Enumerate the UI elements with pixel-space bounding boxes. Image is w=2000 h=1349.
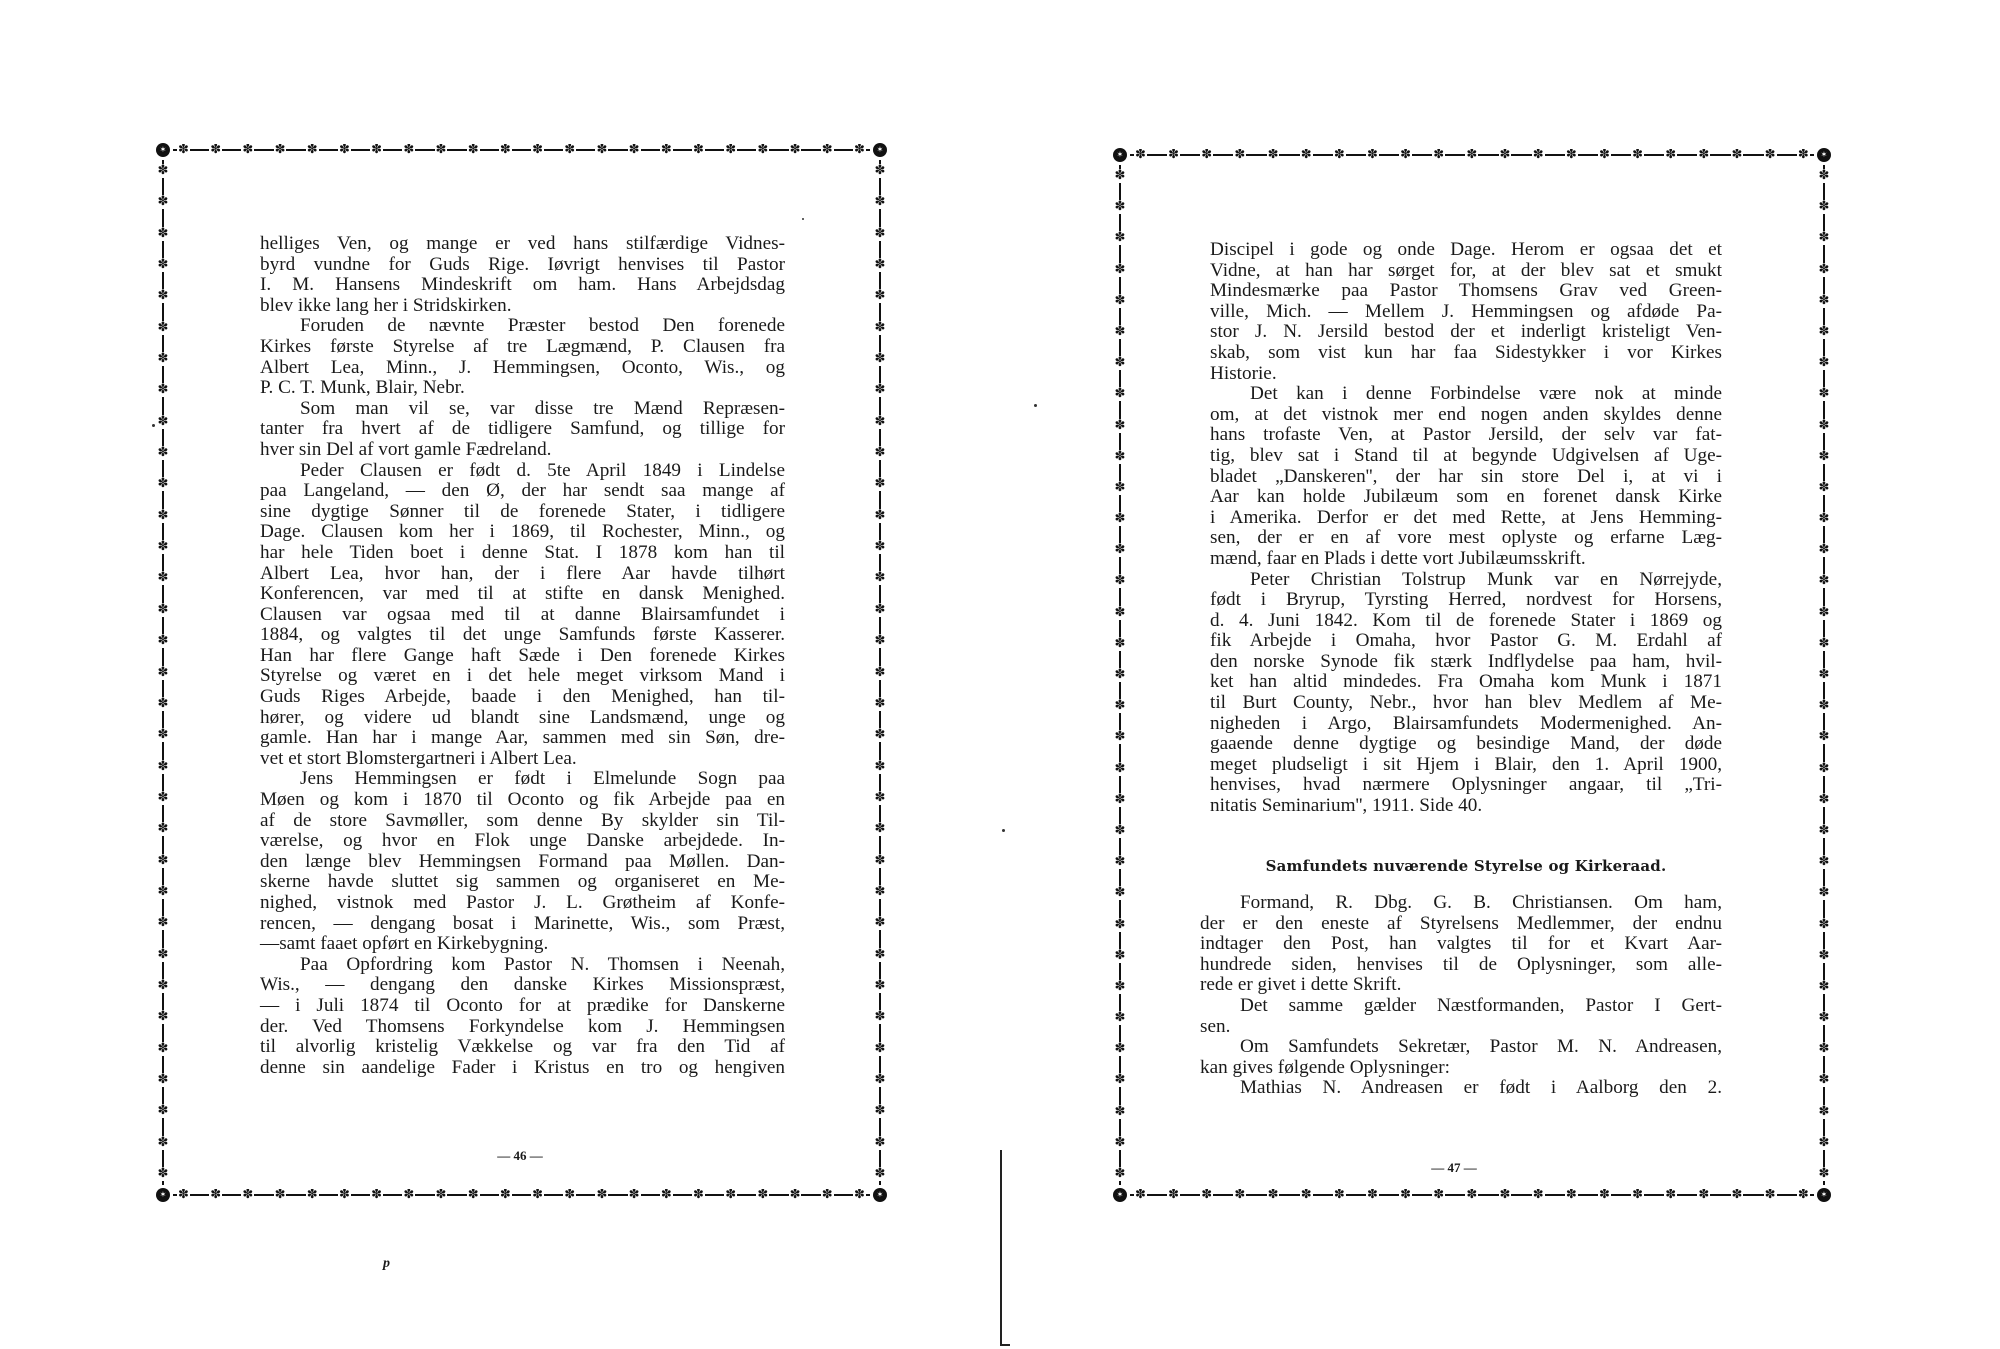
flower-ornament-icon: ✽ — [158, 666, 169, 680]
flower-ornament-icon: ✽ — [1697, 1189, 1710, 1201]
flower-ornament-icon: ✽ — [1115, 481, 1126, 495]
flower-ornament-icon: ✽ — [158, 1073, 169, 1087]
flower-ornament-icon: ✽ — [1200, 1189, 1213, 1201]
flower-ornament-icon: ✽ — [1565, 149, 1578, 161]
flower-ornament-icon: ✽ — [370, 144, 383, 156]
flower-ornament-icon: ✽ — [1115, 762, 1126, 776]
text-line: nigheden i Argo, Blairsamfundets Moderme… — [1210, 714, 1722, 735]
flower-ornament-icon: ✽ — [875, 1167, 886, 1181]
flower-ornament-icon: ✽ — [158, 446, 169, 460]
flower-ornament-icon: ✽ — [435, 1189, 448, 1201]
flower-ornament-icon: ✽ — [1115, 668, 1126, 682]
flower-ornament-icon: ✽ — [1167, 149, 1180, 161]
text-line: helliges Ven, og mange er ved hans stilf… — [260, 234, 785, 255]
flower-ornament-icon: ✽ — [158, 477, 169, 491]
text-line: i Amerika. Derfor er det med Rette, at J… — [1210, 508, 1722, 529]
text-line: Dage. Clausen kom her i 1869, til Roches… — [260, 522, 785, 543]
flower-ornament-icon: ✽ — [821, 1189, 834, 1201]
flower-ornament-icon: ✽ — [789, 1189, 802, 1201]
text-line: Det kan i denne Forbindelse være nok at … — [1210, 384, 1722, 405]
text-line: henvises, hvad nærmere Oplysninger angaa… — [1210, 775, 1722, 796]
flower-ornament-icon: ✽ — [158, 697, 169, 711]
flower-ornament-icon: ✽ — [1115, 1042, 1126, 1056]
flower-ornament-icon: ✽ — [1115, 793, 1126, 807]
flower-ornament-icon: ✽ — [1819, 387, 1830, 401]
flower-ornament-icon: ✽ — [1499, 149, 1512, 161]
flower-ornament-icon: ✽ — [1819, 949, 1830, 963]
flower-ornament-icon: ✽ — [875, 195, 886, 209]
corner-star-icon — [156, 143, 170, 157]
flower-ornament-icon: ✽ — [1115, 1073, 1126, 1087]
flower-ornament-icon: ✽ — [1115, 512, 1126, 526]
text-line: blev ikke lang her i Stridskirken. — [260, 296, 785, 317]
flower-ornament-icon: ✽ — [1731, 1189, 1744, 1201]
flower-ornament-icon: ✽ — [875, 854, 886, 868]
flower-ornament-icon: ✽ — [1115, 294, 1126, 308]
ornamental-border-left: ✽✽✽✽✽✽✽✽✽✽✽✽✽✽✽✽✽✽✽✽✽✽✽✽✽✽✽✽✽✽✽✽✽ — [1114, 155, 1126, 1195]
flower-ornament-icon: ✽ — [1819, 512, 1830, 526]
scan-speck — [802, 218, 804, 220]
flower-ornament-icon: ✽ — [1115, 450, 1126, 464]
flower-ornament-icon: ✽ — [158, 509, 169, 523]
text-line: — i Juli 1874 til Oconto for at prædike … — [260, 996, 785, 1017]
flower-ornament-icon: ✽ — [692, 144, 705, 156]
flower-ornament-icon: ✽ — [1115, 637, 1126, 651]
flower-ornament-icon: ✽ — [158, 540, 169, 554]
ornamental-border-right: ✽✽✽✽✽✽✽✽✽✽✽✽✽✽✽✽✽✽✽✽✽✽✽✽✽✽✽✽✽✽✽✽✽ — [1818, 155, 1830, 1195]
text-line: født i Bryrup, Tyrsting Herred, nordvest… — [1210, 590, 1722, 611]
flower-ornament-icon: ✽ — [853, 144, 866, 156]
flower-ornament-icon: ✽ — [158, 728, 169, 742]
flower-ornament-icon: ✽ — [1819, 294, 1830, 308]
flower-ornament-icon: ✽ — [1465, 1189, 1478, 1201]
flower-ornament-icon: ✽ — [177, 144, 190, 156]
flower-ornament-icon: ✽ — [875, 164, 886, 178]
flower-ornament-icon: ✽ — [875, 383, 886, 397]
text-line: Clausen var ogsaa med til at danne Blair… — [260, 605, 785, 626]
flower-ornament-icon: ✽ — [1115, 980, 1126, 994]
flower-ornament-icon: ✽ — [158, 1042, 169, 1056]
flower-ornament-icon: ✽ — [1115, 886, 1126, 900]
text-line: sen, der er en af vore mest oplyste og e… — [1210, 528, 1722, 549]
flower-ornament-icon: ✽ — [1664, 149, 1677, 161]
flower-ornament-icon: ✽ — [158, 979, 169, 993]
flower-ornament-icon: ✽ — [1819, 1105, 1830, 1119]
flower-ornament-icon: ✽ — [1167, 1189, 1180, 1201]
flower-ornament-icon: ✽ — [875, 697, 886, 711]
flower-ornament-icon: ✽ — [1819, 263, 1830, 277]
flower-ornament-icon: ✽ — [1267, 149, 1280, 161]
flower-ornament-icon: ✽ — [467, 1189, 480, 1201]
flower-ornament-icon: ✽ — [1115, 1136, 1126, 1150]
section-heading: Samfundets nuværende Styrelse og Kirkera… — [1210, 857, 1722, 875]
text-line: den norske Synode fik stærk Indflydelse … — [1210, 652, 1722, 673]
text-line: af de store Savmøller, som denne By skyl… — [260, 811, 785, 832]
flower-ornament-icon: ✽ — [660, 144, 673, 156]
text-line: I. M. Hansens Mindeskrift om ham. Hans A… — [260, 275, 785, 296]
flower-ornament-icon: ✽ — [595, 144, 608, 156]
flower-ornament-icon: ✽ — [1819, 543, 1830, 557]
text-line: stor J. N. Jersild bestod der et inderli… — [1210, 322, 1722, 343]
flower-ornament-icon: ✽ — [1819, 325, 1830, 339]
flower-ornament-icon: ✽ — [1115, 606, 1126, 620]
flower-ornament-icon: ✽ — [875, 603, 886, 617]
text-line: paa Langeland, — den Ø, der har sendt sa… — [260, 481, 785, 502]
text-line: tig, blev sat i Stand til at begynde Udg… — [1210, 446, 1722, 467]
flower-ornament-icon: ✽ — [1819, 574, 1830, 588]
text-line: til Burt County, Nebr., hvor han blev Me… — [1210, 693, 1722, 714]
flower-ornament-icon: ✽ — [1115, 1105, 1126, 1119]
flower-ornament-icon: ✽ — [499, 144, 512, 156]
flower-ornament-icon: ✽ — [1819, 886, 1830, 900]
text-line: der er den eneste af Styrelsens Medlemme… — [1200, 914, 1722, 935]
flower-ornament-icon: ✽ — [1333, 149, 1346, 161]
flower-ornament-icon: ✽ — [875, 666, 886, 680]
flower-ornament-icon: ✽ — [209, 1189, 222, 1201]
flower-ornament-icon: ✽ — [875, 258, 886, 272]
flower-ornament-icon: ✽ — [158, 885, 169, 899]
flower-ornament-icon: ✽ — [1819, 762, 1830, 776]
flower-ornament-icon: ✽ — [158, 195, 169, 209]
flower-ornament-icon: ✽ — [1764, 1189, 1777, 1201]
flower-ornament-icon: ✽ — [1399, 149, 1412, 161]
text-line: Konferencen, var med til at stifte en da… — [260, 584, 785, 605]
flower-ornament-icon: ✽ — [158, 415, 169, 429]
flower-ornament-icon: ✽ — [595, 1189, 608, 1201]
text-line: til alvorlig kristelig Vækkelse og var f… — [260, 1037, 785, 1058]
flower-ornament-icon: ✽ — [241, 144, 254, 156]
flower-ornament-icon: ✽ — [1233, 1189, 1246, 1201]
flower-ornament-icon: ✽ — [1819, 980, 1830, 994]
flower-ornament-icon: ✽ — [1819, 231, 1830, 245]
text-line: Albert Lea, Minn., J. Hemmingsen, Oconto… — [260, 358, 785, 379]
text-line: Peter Christian Tolstrup Munk var en Nør… — [1210, 570, 1722, 591]
flower-ornament-icon: ✽ — [1819, 699, 1830, 713]
text-line: hver sin Del af vort gamle Fædreland. — [260, 440, 785, 461]
flower-ornament-icon: ✽ — [1819, 481, 1830, 495]
flower-ornament-icon: ✽ — [370, 1189, 383, 1201]
flower-ornament-icon: ✽ — [158, 571, 169, 585]
flower-ornament-icon: ✽ — [158, 383, 169, 397]
flower-ornament-icon: ✽ — [1819, 730, 1830, 744]
flower-ornament-icon: ✽ — [875, 916, 886, 930]
text-line: vet et stort Blomstergartneri i Albert L… — [260, 749, 785, 770]
flower-ornament-icon: ✽ — [531, 1189, 544, 1201]
scan-speck — [1002, 829, 1005, 832]
flower-ornament-icon: ✽ — [402, 144, 415, 156]
scan-speck — [152, 424, 155, 427]
text-line: nighed, vistnok med Pastor J. L. Grøthei… — [260, 893, 785, 914]
flower-ornament-icon: ✽ — [875, 509, 886, 523]
text-line: gaaende denne dygtige og besindige Mand,… — [1210, 734, 1722, 755]
flower-ornament-icon: ✽ — [1115, 419, 1126, 433]
flower-ornament-icon: ✽ — [875, 634, 886, 648]
flower-ornament-icon: ✽ — [1115, 574, 1126, 588]
text-line: om, at det vistnok mer end nogen anden s… — [1210, 405, 1722, 426]
flower-ornament-icon: ✽ — [1432, 149, 1445, 161]
text-line: Som man vil se, var disse tre Mænd Repræ… — [260, 399, 785, 420]
flower-ornament-icon: ✽ — [1115, 325, 1126, 339]
text-line: Det samme gælder Næstformanden, Pastor I… — [1200, 996, 1722, 1017]
flower-ornament-icon: ✽ — [875, 352, 886, 366]
text-line: der. Ved Thomsens Forkyndelse kom J. Hem… — [260, 1017, 785, 1038]
flower-ornament-icon: ✽ — [875, 885, 886, 899]
text-line: Peder Clausen er født d. 5te April 1849 … — [260, 461, 785, 482]
flower-ornament-icon: ✽ — [875, 227, 886, 241]
text-line: Aar kan holde Jubilæum som en forenet da… — [1210, 487, 1722, 508]
flower-ornament-icon: ✽ — [1819, 1167, 1830, 1181]
flower-ornament-icon: ✽ — [1819, 855, 1830, 869]
flower-ornament-icon: ✽ — [1819, 918, 1830, 932]
corner-star-icon — [156, 1188, 170, 1202]
text-line: Albert Lea, hvor han, der i flere Aar ha… — [260, 564, 785, 585]
flower-ornament-icon: ✽ — [1115, 169, 1126, 183]
text-line: har hele Tiden boet i denne Stat. I 1878… — [260, 543, 785, 564]
flower-ornament-icon: ✽ — [628, 1189, 641, 1201]
flower-ornament-icon: ✽ — [628, 144, 641, 156]
right-page-body: Discipel i gode og onde Dage. Herom er o… — [1210, 240, 1722, 817]
flower-ornament-icon: ✽ — [563, 1189, 576, 1201]
text-line: fik Arbejde i Omaha, hvor Pastor G. M. E… — [1210, 631, 1722, 652]
text-line: mænd, faar en Plads i dette vort Jubilæu… — [1210, 549, 1722, 570]
flower-ornament-icon: ✽ — [274, 144, 287, 156]
flower-ornament-icon: ✽ — [1631, 1189, 1644, 1201]
flower-ornament-icon: ✽ — [1115, 387, 1126, 401]
page-edge-foot — [1000, 1344, 1010, 1346]
flower-ornament-icon: ✽ — [1115, 263, 1126, 277]
flower-ornament-icon: ✽ — [1200, 149, 1213, 161]
text-line: sen. — [1200, 1017, 1722, 1038]
flower-ornament-icon: ✽ — [692, 1189, 705, 1201]
flower-ornament-icon: ✽ — [158, 822, 169, 836]
flower-ornament-icon: ✽ — [756, 144, 769, 156]
flower-ornament-icon: ✽ — [177, 1189, 190, 1201]
flower-ornament-icon: ✽ — [1115, 231, 1126, 245]
flower-ornament-icon: ✽ — [158, 791, 169, 805]
text-line: Vidne, at han har sørget for, at der ble… — [1210, 261, 1722, 282]
ornamental-border-top: ✽✽✽✽✽✽✽✽✽✽✽✽✽✽✽✽✽✽✽✽✽ — [1120, 149, 1824, 161]
text-line: Wis., — dengang den danske Kirkes Missio… — [260, 975, 785, 996]
flower-ornament-icon: ✽ — [241, 1189, 254, 1201]
flower-ornament-icon: ✽ — [1697, 149, 1710, 161]
text-line: ket han altid mindedes. Fra Omaha kom Mu… — [1210, 672, 1722, 693]
flower-ornament-icon: ✽ — [1465, 149, 1478, 161]
flower-ornament-icon: ✽ — [1819, 1011, 1830, 1025]
flower-ornament-icon: ✽ — [306, 144, 319, 156]
text-line: Jens Hemmingsen er født i Elmelunde Sogn… — [260, 769, 785, 790]
text-line: Discipel i gode og onde Dage. Herom er o… — [1210, 240, 1722, 261]
flower-ornament-icon: ✽ — [1631, 149, 1644, 161]
flower-ornament-icon: ✽ — [875, 540, 886, 554]
text-line: nitatis Seminarium'', 1911. Side 40. — [1210, 796, 1722, 817]
flower-ornament-icon: ✽ — [1532, 149, 1545, 161]
flower-ornament-icon: ✽ — [1819, 356, 1830, 370]
flower-ornament-icon: ✽ — [1598, 1189, 1611, 1201]
flower-ornament-icon: ✽ — [1115, 730, 1126, 744]
flower-ornament-icon: ✽ — [158, 321, 169, 335]
flower-ornament-icon: ✽ — [1134, 149, 1147, 161]
flower-ornament-icon: ✽ — [499, 1189, 512, 1201]
flower-ornament-icon: ✽ — [875, 477, 886, 491]
flower-ornament-icon: ✽ — [158, 164, 169, 178]
flower-ornament-icon: ✽ — [875, 1010, 886, 1024]
text-line: ville, Mich. — Mellem J. Hemmingsen og a… — [1210, 302, 1722, 323]
left-page-body: helliges Ven, og mange er ved hans stilf… — [260, 234, 785, 1078]
flower-ornament-icon: ✽ — [1819, 450, 1830, 464]
ornamental-border-bottom: ✽✽✽✽✽✽✽✽✽✽✽✽✽✽✽✽✽✽✽✽✽ — [1120, 1189, 1824, 1201]
corner-star-icon — [873, 1188, 887, 1202]
flower-ornament-icon: ✽ — [1115, 855, 1126, 869]
text-line: Kirkes første Styrelse af tre Lægmænd, P… — [260, 337, 785, 358]
flower-ornament-icon: ✽ — [875, 289, 886, 303]
flower-ornament-icon: ✽ — [1797, 149, 1810, 161]
flower-ornament-icon: ✽ — [338, 1189, 351, 1201]
flower-ornament-icon: ✽ — [875, 791, 886, 805]
text-line: gamle. Han har i mange Aar, sammen med s… — [260, 728, 785, 749]
flower-ornament-icon: ✽ — [875, 415, 886, 429]
text-line: hans trofaste Ven, at Pastor Jersild, de… — [1210, 425, 1722, 446]
corner-star-icon — [1113, 1188, 1127, 1202]
flower-ornament-icon: ✽ — [1819, 1136, 1830, 1150]
flower-ornament-icon: ✽ — [158, 854, 169, 868]
flower-ornament-icon: ✽ — [1819, 793, 1830, 807]
text-line: Mindesmærke paa Pastor Thomsens Grav ved… — [1210, 281, 1722, 302]
text-line: Guds Riges Arbejde, baade i den Menighed… — [260, 687, 785, 708]
flower-ornament-icon: ✽ — [158, 258, 169, 272]
text-line: den længe blev Hemmingsen Formand paa Mø… — [260, 852, 785, 873]
text-line: skab, som vist kun har faa Sidestykker i… — [1210, 343, 1722, 364]
flower-ornament-icon: ✽ — [875, 571, 886, 585]
corner-star-icon — [1817, 148, 1831, 162]
corner-star-icon — [1817, 1188, 1831, 1202]
flower-ornament-icon: ✽ — [158, 289, 169, 303]
flower-ornament-icon: ✽ — [724, 1189, 737, 1201]
flower-ornament-icon: ✽ — [158, 948, 169, 962]
flower-ornament-icon: ✽ — [1432, 1189, 1445, 1201]
corner-star-icon — [873, 143, 887, 157]
text-line: hører, og videre ud blandt sine Landsmæn… — [260, 708, 785, 729]
flower-ornament-icon: ✽ — [1115, 1167, 1126, 1181]
flower-ornament-icon: ✽ — [1134, 1189, 1147, 1201]
text-line: Foruden de nævnte Præster bestod Den for… — [260, 316, 785, 337]
flower-ornament-icon: ✽ — [1819, 637, 1830, 651]
text-line: Møen og kom i 1870 til Oconto og fik Arb… — [260, 790, 785, 811]
flower-ornament-icon: ✽ — [338, 144, 351, 156]
flower-ornament-icon: ✽ — [158, 760, 169, 774]
flower-ornament-icon: ✽ — [875, 321, 886, 335]
flower-ornament-icon: ✽ — [1115, 200, 1126, 214]
flower-ornament-icon: ✽ — [1598, 149, 1611, 161]
text-line: Historie. — [1210, 364, 1722, 385]
flower-ornament-icon: ✽ — [158, 352, 169, 366]
flower-ornament-icon: ✽ — [1115, 699, 1126, 713]
flower-ornament-icon: ✽ — [853, 1189, 866, 1201]
flower-ornament-icon: ✽ — [660, 1189, 673, 1201]
text-line: bladet „Danskeren'', der har sin store D… — [1210, 467, 1722, 488]
text-line: byrd vundne for Guds Rige. Iøvrigt henvi… — [260, 255, 785, 276]
text-line: Formand, R. Dbg. G. B. Christiansen. Om … — [1200, 893, 1722, 914]
flower-ornament-icon: ✽ — [1797, 1189, 1810, 1201]
flower-ornament-icon: ✽ — [875, 1136, 886, 1150]
flower-ornament-icon: ✽ — [158, 227, 169, 241]
text-line: denne sin aandelige Fader i Kristus en t… — [260, 1058, 785, 1079]
text-line: rencen, — dengang bosat i Marinette, Wis… — [260, 914, 785, 935]
flower-ornament-icon: ✽ — [875, 1104, 886, 1118]
text-line: —samt faaet opført en Kirkebygning. — [260, 934, 785, 955]
text-line: rede er givet i dette Skrift. — [1200, 975, 1722, 996]
page-number-left: — 46 — — [470, 1148, 570, 1164]
text-line: indtager den Post, han valgtes til for e… — [1200, 934, 1722, 955]
flower-ornament-icon: ✽ — [1819, 169, 1830, 183]
flower-ornament-icon: ✽ — [1115, 949, 1126, 963]
flower-ornament-icon: ✽ — [158, 1104, 169, 1118]
flower-ornament-icon: ✽ — [1366, 1189, 1379, 1201]
flower-ornament-icon: ✽ — [875, 760, 886, 774]
flower-ornament-icon: ✽ — [875, 822, 886, 836]
text-line: værelse, og hvor en Flok unge Danske arb… — [260, 831, 785, 852]
flower-ornament-icon: ✽ — [402, 1189, 415, 1201]
flower-ornament-icon: ✽ — [306, 1189, 319, 1201]
flower-ornament-icon: ✽ — [274, 1189, 287, 1201]
flower-ornament-icon: ✽ — [209, 144, 222, 156]
flower-ornament-icon: ✽ — [1233, 149, 1246, 161]
flower-ornament-icon: ✽ — [875, 948, 886, 962]
flower-ornament-icon: ✽ — [158, 916, 169, 930]
text-line: meget pludseligt i sit Hjem i Blair, den… — [1210, 755, 1722, 776]
flower-ornament-icon: ✽ — [1819, 419, 1830, 433]
flower-ornament-icon: ✽ — [1267, 1189, 1280, 1201]
flower-ornament-icon: ✽ — [875, 1073, 886, 1087]
ornamental-border-left: ✽✽✽✽✽✽✽✽✽✽✽✽✽✽✽✽✽✽✽✽✽✽✽✽✽✽✽✽✽✽✽✽✽ — [157, 150, 169, 1195]
flower-ornament-icon: ✽ — [531, 144, 544, 156]
flower-ornament-icon: ✽ — [1731, 149, 1744, 161]
flower-ornament-icon: ✽ — [875, 1042, 886, 1056]
ornamental-border-right: ✽✽✽✽✽✽✽✽✽✽✽✽✽✽✽✽✽✽✽✽✽✽✽✽✽✽✽✽✽✽✽✽✽ — [874, 150, 886, 1195]
flower-ornament-icon: ✽ — [1565, 1189, 1578, 1201]
corner-star-icon — [1113, 148, 1127, 162]
page-number-right: — 47 — — [1404, 1160, 1504, 1176]
page-edge-line — [1000, 1150, 1002, 1345]
stray-pencil-mark: p — [383, 1256, 390, 1272]
flower-ornament-icon: ✽ — [1115, 356, 1126, 370]
text-line: sine dygtige Sønner til de forenede Stat… — [260, 502, 785, 523]
flower-ornament-icon: ✽ — [1819, 824, 1830, 838]
ornamental-border-bottom: ✽✽✽✽✽✽✽✽✽✽✽✽✽✽✽✽✽✽✽✽✽✽ — [163, 1189, 880, 1201]
text-line: 1884, og valgtes til det unge Samfunds f… — [260, 625, 785, 646]
text-line: kan gives følgende Oplysninger: — [1200, 1058, 1722, 1079]
flower-ornament-icon: ✽ — [158, 1167, 169, 1181]
flower-ornament-icon: ✽ — [1819, 1042, 1830, 1056]
right-page-body-section: Formand, R. Dbg. G. B. Christiansen. Om … — [1200, 893, 1722, 1099]
text-line: Mathias N. Andreasen er født i Aalborg d… — [1200, 1078, 1722, 1099]
flower-ornament-icon: ✽ — [724, 144, 737, 156]
flower-ornament-icon: ✽ — [563, 144, 576, 156]
text-line: hundrede siden, henvises til de Oplysnin… — [1200, 955, 1722, 976]
flower-ornament-icon: ✽ — [821, 144, 834, 156]
scan-speck — [1034, 404, 1037, 407]
text-line: d. 4. Juni 1842. Kom til de forenede Sta… — [1210, 611, 1722, 632]
flower-ornament-icon: ✽ — [158, 1010, 169, 1024]
flower-ornament-icon: ✽ — [875, 446, 886, 460]
flower-ornament-icon: ✽ — [158, 1136, 169, 1150]
flower-ornament-icon: ✽ — [1819, 668, 1830, 682]
flower-ornament-icon: ✽ — [1664, 1189, 1677, 1201]
text-line: P. C. T. Munk, Blair, Nebr. — [260, 378, 785, 399]
flower-ornament-icon: ✽ — [1115, 918, 1126, 932]
flower-ornament-icon: ✽ — [1333, 1189, 1346, 1201]
flower-ornament-icon: ✽ — [875, 979, 886, 993]
flower-ornament-icon: ✽ — [875, 728, 886, 742]
